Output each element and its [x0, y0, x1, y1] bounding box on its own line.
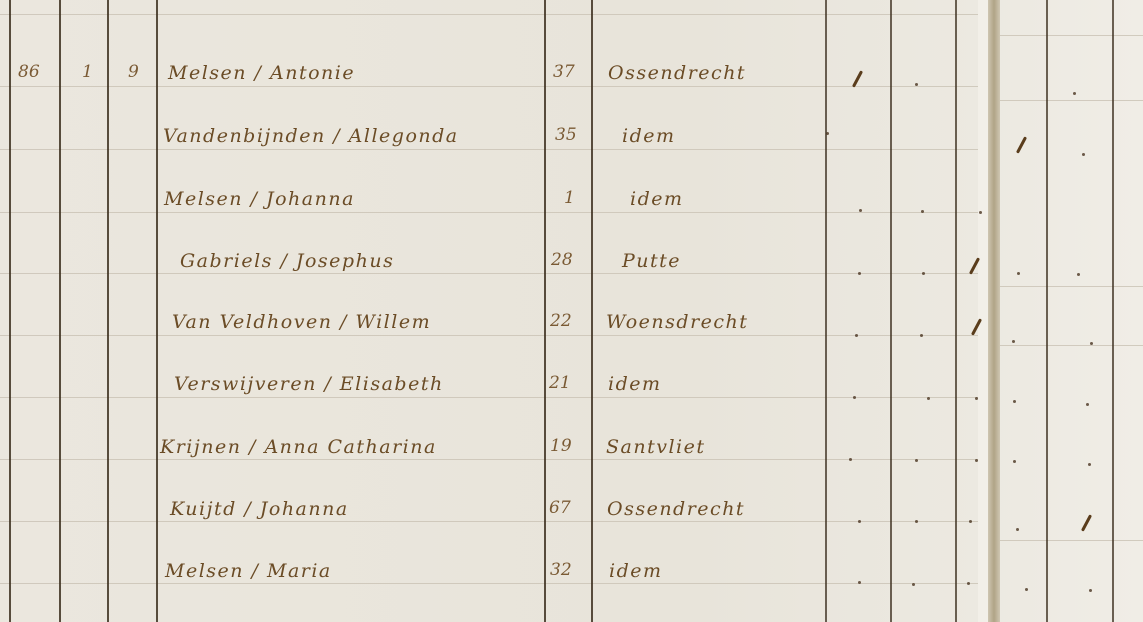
birthplace: idem [630, 188, 684, 210]
household-number: 1 [82, 62, 93, 82]
dot-mark [858, 581, 861, 584]
dot-mark [1016, 528, 1019, 531]
dot-mark [1089, 589, 1092, 592]
dot-mark [927, 397, 930, 400]
rule-line [1000, 35, 1143, 36]
column-rule [1112, 0, 1114, 622]
birthplace: idem [608, 373, 662, 395]
person-name: Vandenbijnden / Allegonda [163, 125, 459, 147]
rule-line [0, 273, 988, 274]
person-age: 35 [555, 125, 577, 145]
dot-mark [849, 458, 852, 461]
birthplace: idem [609, 560, 663, 582]
dot-mark [912, 583, 915, 586]
person-age: 22 [550, 311, 572, 331]
dot-mark [1077, 273, 1080, 276]
column-rule [107, 0, 109, 622]
person-age: 37 [553, 62, 575, 82]
birthplace: Putte [622, 250, 681, 272]
dot-mark [859, 209, 862, 212]
person-age: 32 [550, 560, 572, 580]
rule-line [1000, 286, 1143, 287]
dot-mark [1013, 400, 1016, 403]
rule-line [1000, 100, 1143, 101]
ledger-page: 86 1 9 Melsen / Antonie 37 Ossendrecht V… [0, 0, 1143, 622]
rule-line [0, 583, 988, 584]
dot-mark [922, 272, 925, 275]
column-rule [591, 0, 593, 622]
person-name: Melsen / Johanna [164, 188, 355, 210]
column-rule [9, 0, 11, 622]
dot-mark [1082, 153, 1085, 156]
dot-mark [969, 520, 972, 523]
dot-mark [975, 459, 978, 462]
dot-mark [920, 334, 923, 337]
birthplace: Santvliet [606, 436, 705, 458]
book-gutter [988, 0, 1000, 622]
person-name: Melsen / Maria [165, 560, 332, 582]
person-name: Krijnen / Anna Catharina [160, 436, 437, 458]
dot-mark [967, 582, 970, 585]
dot-mark [1025, 588, 1028, 591]
person-name: Kuijtd / Johanna [170, 498, 349, 520]
rule-line [0, 521, 988, 522]
rule-line [0, 212, 988, 213]
dot-mark [1090, 342, 1093, 345]
column-rule [1046, 0, 1048, 622]
rule-line [0, 397, 988, 398]
dot-mark [1012, 340, 1015, 343]
rule-line [0, 86, 988, 87]
house-number: 86 [18, 62, 40, 82]
birthplace: idem [622, 125, 676, 147]
dot-mark [915, 459, 918, 462]
dot-mark [826, 132, 829, 135]
birthplace: Woensdrecht [606, 311, 748, 333]
rule-line [0, 14, 988, 15]
dot-mark [915, 520, 918, 523]
tally-mark [1081, 514, 1092, 531]
column-rule [59, 0, 61, 622]
rule-line [0, 335, 988, 336]
dot-mark [921, 210, 924, 213]
rule-line [1000, 540, 1143, 541]
dot-mark [1073, 92, 1076, 95]
dot-mark [1088, 463, 1091, 466]
dot-mark [975, 397, 978, 400]
person-age: 21 [549, 373, 571, 393]
dot-mark [853, 396, 856, 399]
person-age: 28 [551, 250, 573, 270]
column-rule [955, 0, 957, 622]
rule-line [0, 459, 988, 460]
dot-mark [1086, 403, 1089, 406]
dot-mark [1013, 460, 1016, 463]
column-rule [890, 0, 892, 622]
column-rule [544, 0, 546, 622]
dot-mark [979, 211, 982, 214]
person-name: Gabriels / Josephus [180, 250, 394, 272]
dot-mark [855, 334, 858, 337]
column-rule [156, 0, 158, 622]
person-age: 1 [564, 188, 575, 208]
person-name: Van Veldhoven / Willem [172, 311, 431, 333]
dot-mark [915, 83, 918, 86]
person-age: 19 [550, 436, 572, 456]
person-name: Verswijveren / Elisabeth [174, 373, 444, 395]
rule-line [1000, 345, 1143, 346]
rule-line [0, 149, 988, 150]
column-rule [825, 0, 827, 622]
dot-mark [858, 520, 861, 523]
person-name: Melsen / Antonie [168, 62, 355, 84]
dot-mark [1017, 272, 1020, 275]
dot-mark [858, 272, 861, 275]
page-edge [978, 0, 988, 622]
person-age: 67 [549, 498, 571, 518]
birthplace: Ossendrecht [608, 62, 746, 84]
tally-mark [1016, 136, 1027, 153]
person-count: 9 [128, 62, 139, 82]
birthplace: Ossendrecht [607, 498, 745, 520]
